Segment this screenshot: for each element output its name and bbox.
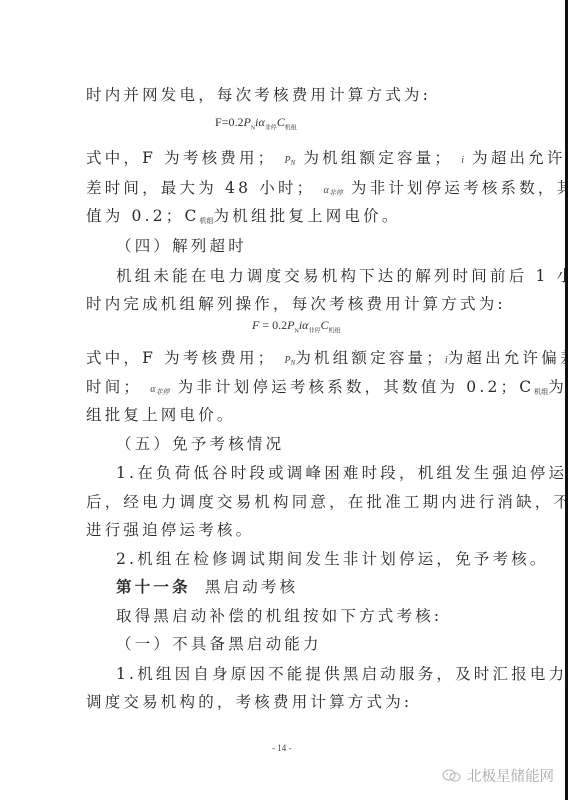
article-title: 黑启动考核 — [205, 578, 299, 596]
text-segment: 为机组额定容量； — [295, 349, 445, 367]
text-segment: 为超出允许偏 — [472, 149, 568, 167]
paragraph-line: 2.机组在检修调试期间发生非计划停运，免予考核。 — [116, 549, 549, 569]
paragraph-line: 式中，F 为考核费用； PN为机组额定容量；i为超出允许偏差 — [86, 348, 568, 373]
paragraph-line: 组批复上网电价。 — [86, 405, 236, 425]
text-segment: 差时间，最大为 48 小时； — [86, 179, 315, 197]
section-heading: （五）免予考核情况 — [116, 434, 284, 454]
text-segment: 为非计划停运考核系数，其数值为 0.2；C — [178, 378, 535, 396]
paragraph-line: 差时间，最大为 48 小时； α非停 为非计划停运考核系数，其数 — [86, 178, 568, 203]
text-segment: 式中，F 为考核费用； — [86, 349, 276, 367]
watermark-text: 北极星储能网 — [467, 765, 554, 786]
paragraph-line: 进行强迫停运考核。 — [86, 520, 254, 540]
formula-var: i — [461, 155, 464, 166]
article-number: 第十一条 — [116, 577, 191, 596]
formula-var: PN — [285, 355, 296, 366]
text-segment: 为非计划停运考核系数，其数 — [351, 179, 568, 197]
formula-shutdown-timeout: F F = 0.2= 0.2PNiα非停C机组 — [252, 318, 341, 334]
formula-var: C — [320, 318, 328, 332]
formula-var: PN — [285, 155, 296, 166]
formula-prefix: F=0.2 — [215, 115, 243, 129]
formula-sub: 非停 — [308, 328, 320, 334]
formula-sub: 机组 — [285, 125, 297, 131]
page-number: - 14 - — [272, 743, 292, 753]
text-segment: 式中，F 为考核费用； — [86, 149, 276, 167]
paragraph-line: 机组未能在电力调度交易机构下达的解列时间前后 1 小 — [116, 266, 568, 286]
formula-sub: 机组 — [329, 328, 341, 334]
section-heading: （四）解列超时 — [116, 236, 247, 256]
watermark: 北极星储能网 — [442, 765, 554, 786]
formula-var: α非停 — [150, 384, 169, 395]
formula-var: C — [277, 115, 285, 129]
document-page: 时内并网发电，每次考核费用计算方式为: F=0.2PNiα非停C机组 式中，F … — [0, 0, 565, 800]
paragraph-line: 时内并网发电，每次考核费用计算方式为: — [86, 85, 431, 105]
paragraph-line: 取得黑启动补偿的机组按如下方式考核: — [116, 606, 442, 626]
text-segment: 为机组额定容量； — [303, 149, 453, 167]
paragraph-line: 时间； α非停 为非计划停运考核系数，其数值为 0.2；C机组为机 — [86, 377, 568, 402]
text-segment: 为机组批复上网电价。 — [214, 207, 401, 225]
paragraph-line: 1.机组因自身原因不能提供黑启动服务，及时汇报电力 — [116, 664, 567, 684]
formula-sub: 机组 — [200, 217, 214, 225]
paragraph-line: 值为 0.2；C机组为机组批复上网电价。 — [86, 206, 401, 231]
text-segment: 值为 0.2；C — [86, 207, 200, 225]
text-segment: 为超出允许偏差 — [448, 349, 568, 367]
formula-var: P — [243, 115, 250, 129]
paragraph-line: 时内完成机组解列操作，每次考核费用计算方式为: — [86, 294, 506, 314]
paragraph-line: 调度交易机构的，考核费用计算方式为: — [86, 692, 412, 712]
formula-sub: 机组 — [534, 388, 548, 396]
paragraph-line: 式中，F 为考核费用； PN 为机组额定容量； i 为超出允许偏 — [86, 148, 568, 173]
paragraph-line: 后，经电力调度交易机构同意，在批准工期内进行消缺，不 — [86, 492, 568, 512]
section-heading: （一）不具备黑启动能力 — [116, 634, 322, 654]
text-segment: 时间； — [86, 378, 142, 396]
formula-startup-timeout: F=0.2PNiα非停C机组 — [215, 115, 297, 131]
formula-var: α非停 — [324, 185, 343, 196]
article-heading: 第十一条黑启动考核 — [116, 577, 298, 597]
formula-sub: 非停 — [265, 125, 277, 131]
paragraph-line: 1.在负荷低谷时段或调峰困难时段，机组发生强迫停运 — [116, 463, 567, 483]
wechat-icon — [442, 769, 462, 783]
